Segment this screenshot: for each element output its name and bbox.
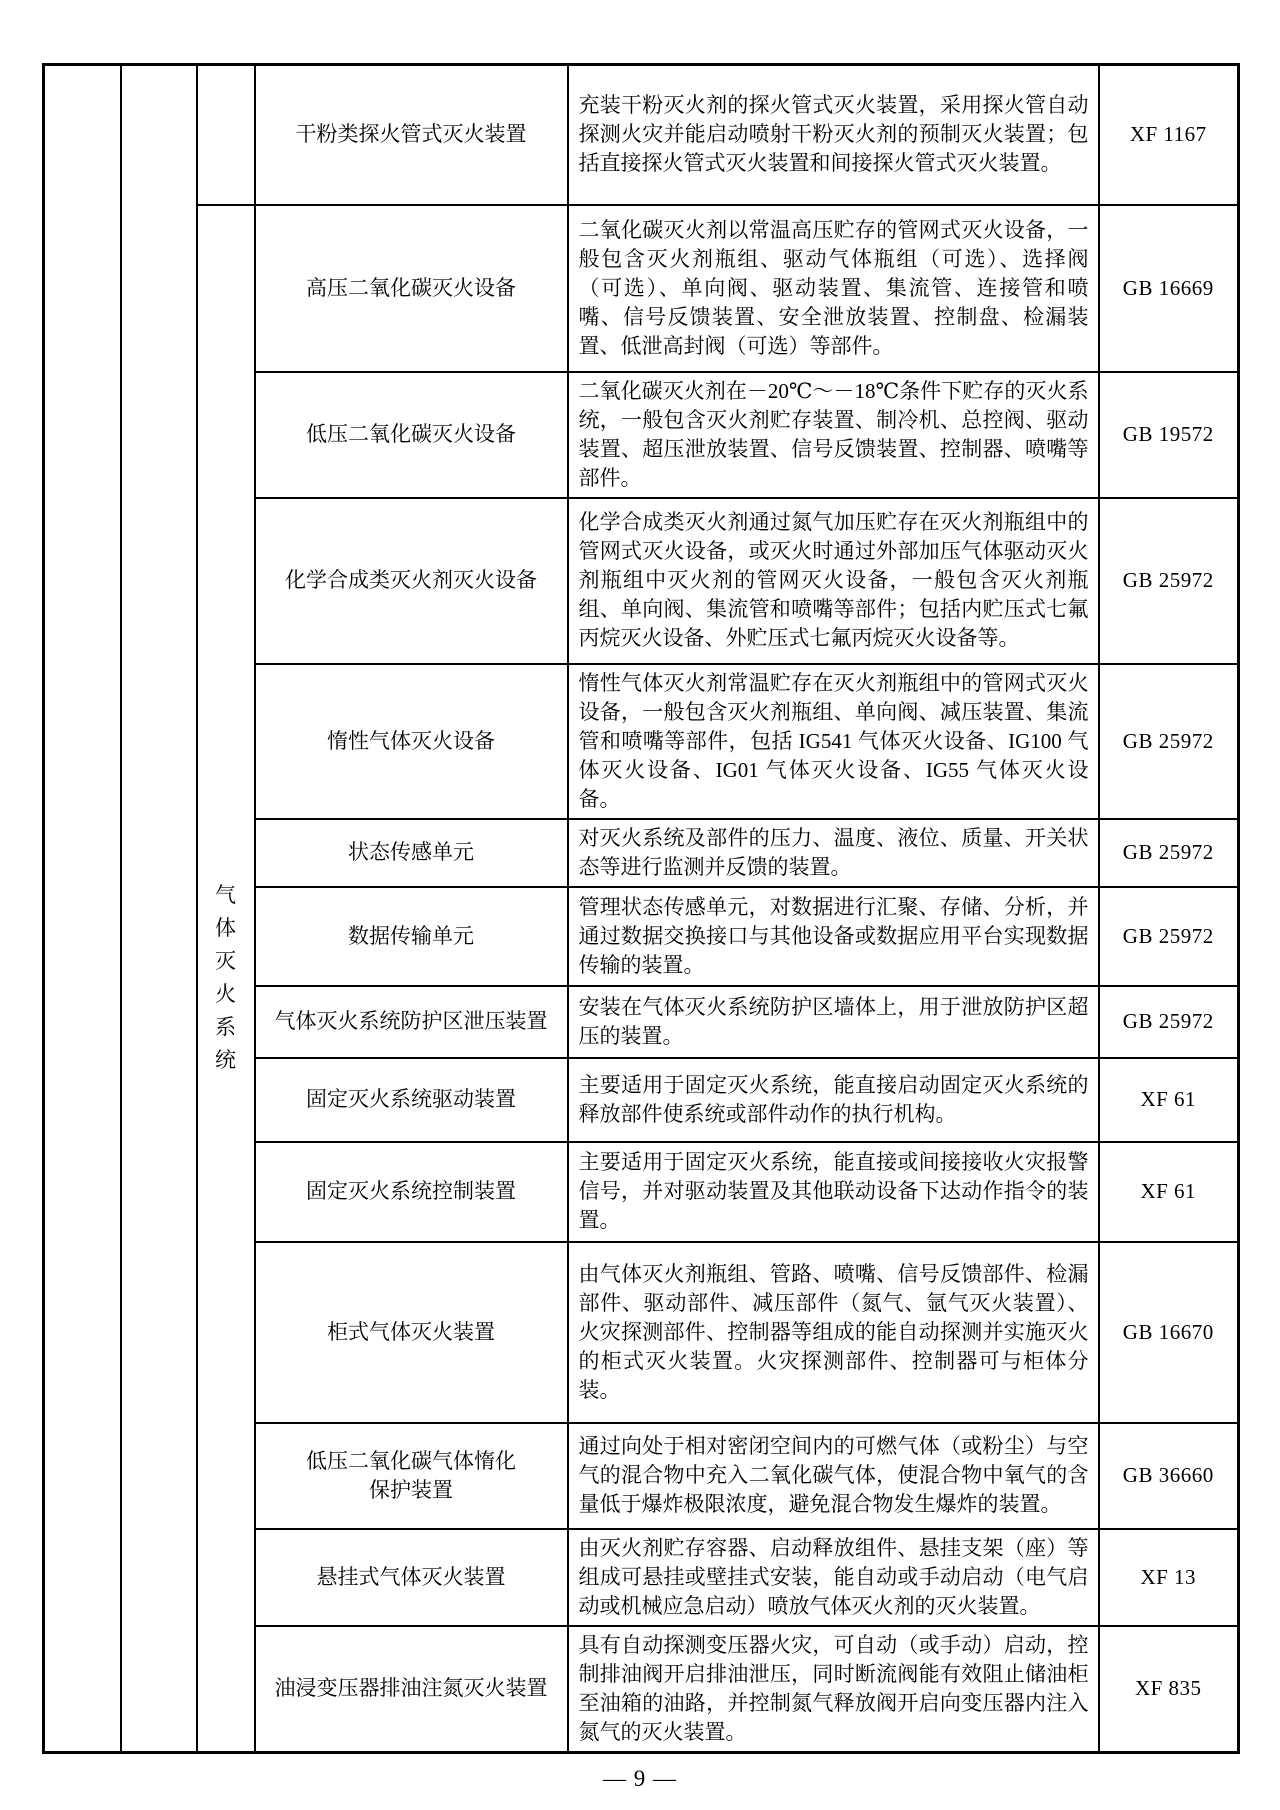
device-name: 干粉类探火管式灭火装置: [255, 65, 568, 205]
device-description: 通过向处于相对密闭空间内的可燃气体（或粉尘）与空气的混合物中充入二氧化碳气体，使…: [568, 1423, 1099, 1529]
device-name: 油浸变压器排油注氮灭火装置: [255, 1626, 568, 1753]
group-label-gas-extinguishing-system: 气 体 灭 火 系 统: [197, 205, 255, 1753]
device-name: 数据传输单元: [255, 887, 568, 986]
standard-code: GB 36660: [1099, 1423, 1239, 1529]
device-name: 高压二氧化碳灭火设备: [255, 205, 568, 372]
device-description: 具有自动探测变压器火灾，可自动（或手动）启动，控制排油阀开启排油泄压，同时断流阀…: [568, 1626, 1099, 1753]
device-description: 二氧化碳灭火剂以常温高压贮存的管网式灭火设备，一般包含灭火剂瓶组、驱动气体瓶组（…: [568, 205, 1099, 372]
device-description: 由气体灭火剂瓶组、管路、喷嘴、信号反馈部件、检漏部件、驱动部件、减压部件（氮气、…: [568, 1242, 1099, 1423]
table-row: 气 体 灭 火 系 统 高压二氧化碳灭火设备 二氧化碳灭火剂以常温高压贮存的管网…: [44, 205, 1239, 372]
group-column-cell: [197, 65, 255, 205]
device-description: 安装在气体灭火系统防护区墙体上，用于泄放防护区超压的装置。: [568, 986, 1099, 1058]
standard-code: GB 19572: [1099, 372, 1239, 498]
device-name: 状态传感单元: [255, 819, 568, 887]
standard-code: XF 1167: [1099, 65, 1239, 205]
device-name: 固定灭火系统控制装置: [255, 1142, 568, 1242]
standard-code: XF 61: [1099, 1142, 1239, 1242]
standard-code: GB 25972: [1099, 819, 1239, 887]
device-name: 低压二氧化碳灭火设备: [255, 372, 568, 498]
device-name: 悬挂式气体灭火装置: [255, 1529, 568, 1626]
device-name: 化学合成类灭火剂灭火设备: [255, 498, 568, 664]
device-description: 由灭火剂贮存容器、启动释放组件、悬挂支架（座）等组成可悬挂或壁挂式安装，能自动或…: [568, 1529, 1099, 1626]
device-name: 固定灭火系统驱动装置: [255, 1058, 568, 1142]
category-column-cell: [44, 65, 121, 1753]
standard-code: XF 61: [1099, 1058, 1239, 1142]
page-number: — 9 —: [0, 1766, 1280, 1792]
device-description: 对灭火系统及部件的压力、温度、液位、质量、开关状态等进行监测并反馈的装置。: [568, 819, 1099, 887]
subcategory-column-cell: [121, 65, 197, 1753]
standard-code: XF 13: [1099, 1529, 1239, 1626]
standard-code: GB 16670: [1099, 1242, 1239, 1423]
device-name: 低压二氧化碳气体惰化 保护装置: [255, 1423, 568, 1529]
device-description: 化学合成类灭火剂通过氮气加压贮存在灭火剂瓶组中的管网式灭火设备，或灭火时通过外部…: [568, 498, 1099, 664]
standard-code: GB 25972: [1099, 986, 1239, 1058]
standard-code: GB 16669: [1099, 205, 1239, 372]
fire-equipment-standards-table: 干粉类探火管式灭火装置 充装干粉灭火剂的探火管式灭火装置，采用探火管自动探测火灾…: [42, 63, 1240, 1754]
standard-code: GB 25972: [1099, 498, 1239, 664]
device-name: 柜式气体灭火装置: [255, 1242, 568, 1423]
device-description: 二氧化碳灭火剂在－20℃～－18℃条件下贮存的灭火系统，一般包含灭火剂贮存装置、…: [568, 372, 1099, 498]
device-name: 惰性气体灭火设备: [255, 664, 568, 819]
device-name: 气体灭火系统防护区泄压装置: [255, 986, 568, 1058]
table-row: 干粉类探火管式灭火装置 充装干粉灭火剂的探火管式灭火装置，采用探火管自动探测火灾…: [44, 65, 1239, 205]
standard-code: GB 25972: [1099, 887, 1239, 986]
standard-code: GB 25972: [1099, 664, 1239, 819]
device-description: 管理状态传感单元，对数据进行汇聚、存储、分析，并通过数据交换接口与其他设备或数据…: [568, 887, 1099, 986]
standard-code: XF 835: [1099, 1626, 1239, 1753]
device-description: 主要适用于固定灭火系统，能直接启动固定灭火系统的释放部件使系统或部件动作的执行机…: [568, 1058, 1099, 1142]
device-description: 主要适用于固定灭火系统，能直接或间接接收火灾报警信号，并对驱动装置及其他联动设备…: [568, 1142, 1099, 1242]
device-description: 惰性气体灭火剂常温贮存在灭火剂瓶组中的管网式灭火设备，一般包含灭火剂瓶组、单向阀…: [568, 664, 1099, 819]
device-description: 充装干粉灭火剂的探火管式灭火装置，采用探火管自动探测火灾并能启动喷射干粉灭火剂的…: [568, 65, 1099, 205]
